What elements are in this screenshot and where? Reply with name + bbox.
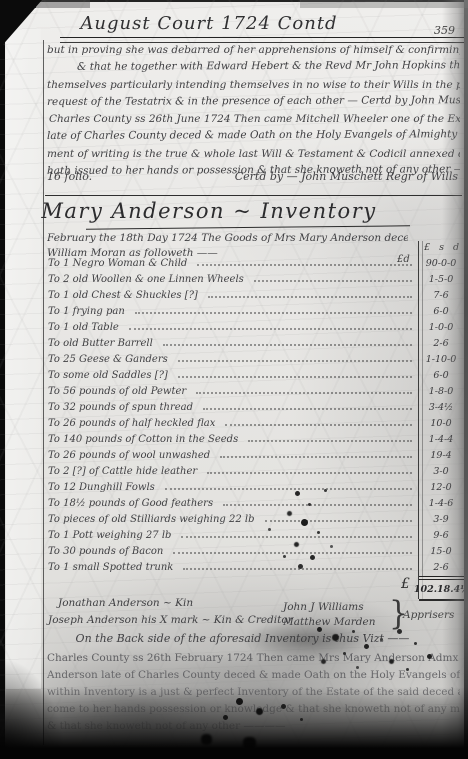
item-desc: To 56 pounds of old Pewter [48, 386, 186, 397]
dotted-leader [208, 295, 412, 298]
item-desc: To 30 pounds of Bacon [48, 546, 163, 557]
dotted-leader [163, 343, 412, 346]
item-desc: To old Butter Barrell [48, 338, 153, 349]
dotted-leader [178, 359, 412, 362]
dotted-leader [225, 423, 412, 426]
dotted-leader [207, 471, 412, 474]
item-desc: To 1 frying pan [48, 306, 125, 317]
scanned-document-page: August Court 1724 Contd 359 but in provi… [0, 0, 468, 759]
film-edge-right [464, 0, 468, 759]
dotted-leader [203, 407, 412, 410]
endorsement-line: Anderson late of Charles County deced & … [47, 667, 460, 684]
dotted-leader [220, 455, 412, 458]
item-desc: To 1 Pott weighing 27 lb [48, 530, 171, 541]
inventory-row: To 2 old Woollen & one Linnen Wheels1-5-… [48, 274, 462, 285]
left-margin [6, 28, 41, 689]
folio-certification-row: 16 folio. Certd by — John Muschett Regr … [47, 170, 458, 183]
item-desc: To 1 small Spotted trunk [48, 562, 173, 573]
item-desc: To 2 old Woollen & one Linnen Wheels [48, 274, 244, 285]
inventory-row: To 30 pounds of Bacon15-0 [48, 546, 462, 557]
inventory-row: To 1 frying pan6-0 [48, 306, 462, 317]
item-desc: To some old Saddles [?] [48, 370, 168, 381]
item-desc: To 140 pounds of Cotton in the Seeds [48, 434, 238, 445]
inventory-row: To 26 pounds of half heckled flax10-0 [48, 418, 462, 429]
dotted-leader [129, 327, 412, 330]
inventory-row: To 25 Geese & Ganders1-10-0 [48, 354, 462, 365]
court-record-line: late of Charles County deced & made Oath… [47, 127, 460, 146]
item-desc: To 26 pounds of half heckled flax [48, 418, 215, 429]
item-desc: To pieces of old Stilliards weighing 22 … [48, 514, 255, 525]
dotted-leader [254, 279, 412, 282]
dotted-leader [197, 263, 412, 266]
inventory-row: To 1 Pott weighing 27 lb9-6 [48, 530, 462, 541]
item-desc: To 2 [?] of Cattle hide leather [48, 466, 197, 477]
inventory-row: To 1 old Chest & Shuckles [?]7-6 [48, 290, 462, 301]
section-divider-rule [45, 195, 462, 196]
court-record-line: request of the Testatrix & in the presen… [47, 92, 460, 111]
dotted-leader [135, 311, 412, 314]
appraiser-name: John J Williams [283, 600, 375, 615]
dotted-leader [165, 487, 412, 490]
signature-line-1: Jonathan Anderson ~ Kin [58, 597, 193, 609]
item-desc: To 1 old Chest & Shuckles [?] [48, 290, 198, 301]
court-record-paragraph: but in proving she was debarred of her a… [47, 42, 460, 180]
court-record-line: themselves particularly intending themse… [47, 77, 460, 94]
item-desc: To 18½ pounds of Good feathers [48, 498, 213, 509]
film-edge-bottom [0, 687, 468, 759]
item-desc: To 25 Geese & Ganders [48, 354, 168, 365]
inventory-row: To 140 pounds of Cotton in the Seeds1-4-… [48, 434, 462, 445]
item-desc: To 32 pounds of spun thread [48, 402, 193, 413]
film-edge-top [0, 0, 468, 8]
item-desc: To 26 pounds of wool unwashed [48, 450, 210, 461]
inventory-row: To 32 pounds of spun thread3-4½ [48, 402, 462, 413]
inventory-row: To 2 [?] of Cattle hide leather3-0 [48, 466, 462, 477]
inventory-row: To pieces of old Stilliards weighing 22 … [48, 514, 462, 525]
inventory-row: To 1 old Table1-0-0 [48, 322, 462, 333]
certification-signature: Certd by — John Muschett Regr of Wills [235, 170, 458, 183]
inventory-row: To 56 pounds of old Pewter1-8-0 [48, 386, 462, 397]
folio-note: 16 folio. [47, 170, 92, 183]
total-pound-sign: £ [401, 576, 410, 592]
preamble-line: February the 18th Day 1724 The Goods of … [47, 231, 408, 246]
endorsement-line: Charles County ss 26th February 1724 The… [47, 650, 460, 667]
court-record-line: & that he together with Edward Hebert & … [47, 57, 460, 76]
inventory-row: To 1 small Spotted trunk2-6 [48, 562, 462, 573]
inventory-row: To 18½ pounds of Good feathers1-4-6 [48, 498, 462, 509]
item-desc: To 1 Negro Woman & Child [48, 258, 187, 269]
item-desc: To 12 Dunghill Fowls [48, 482, 155, 493]
dotted-leader [178, 375, 412, 378]
inventory-row: To some old Saddles [?]6-0 [48, 370, 462, 381]
inventory-preamble: February the 18th Day 1724 The Goods of … [47, 231, 408, 261]
page-title: August Court 1724 Contd [40, 13, 378, 34]
inventory-title: Mary Anderson ~ Inventory [0, 199, 418, 223]
inventory-row: To 26 pounds of wool unwashed19-4 [48, 450, 462, 461]
dotted-leader [181, 535, 412, 538]
dotted-leader [248, 439, 412, 442]
inventory-row: To old Butter Barrell2-6 [48, 338, 462, 349]
dotted-leader [196, 391, 412, 394]
dotted-leader [173, 551, 412, 554]
dotted-leader [223, 503, 412, 506]
item-desc: To 1 old Table [48, 322, 119, 333]
dotted-leader [265, 519, 413, 522]
dotted-leader [183, 567, 412, 570]
inventory-row: To 1 Negro Woman & Child90-0-0 [48, 258, 462, 269]
inventory-row: To 12 Dunghill Fowls12-0 [48, 482, 462, 493]
